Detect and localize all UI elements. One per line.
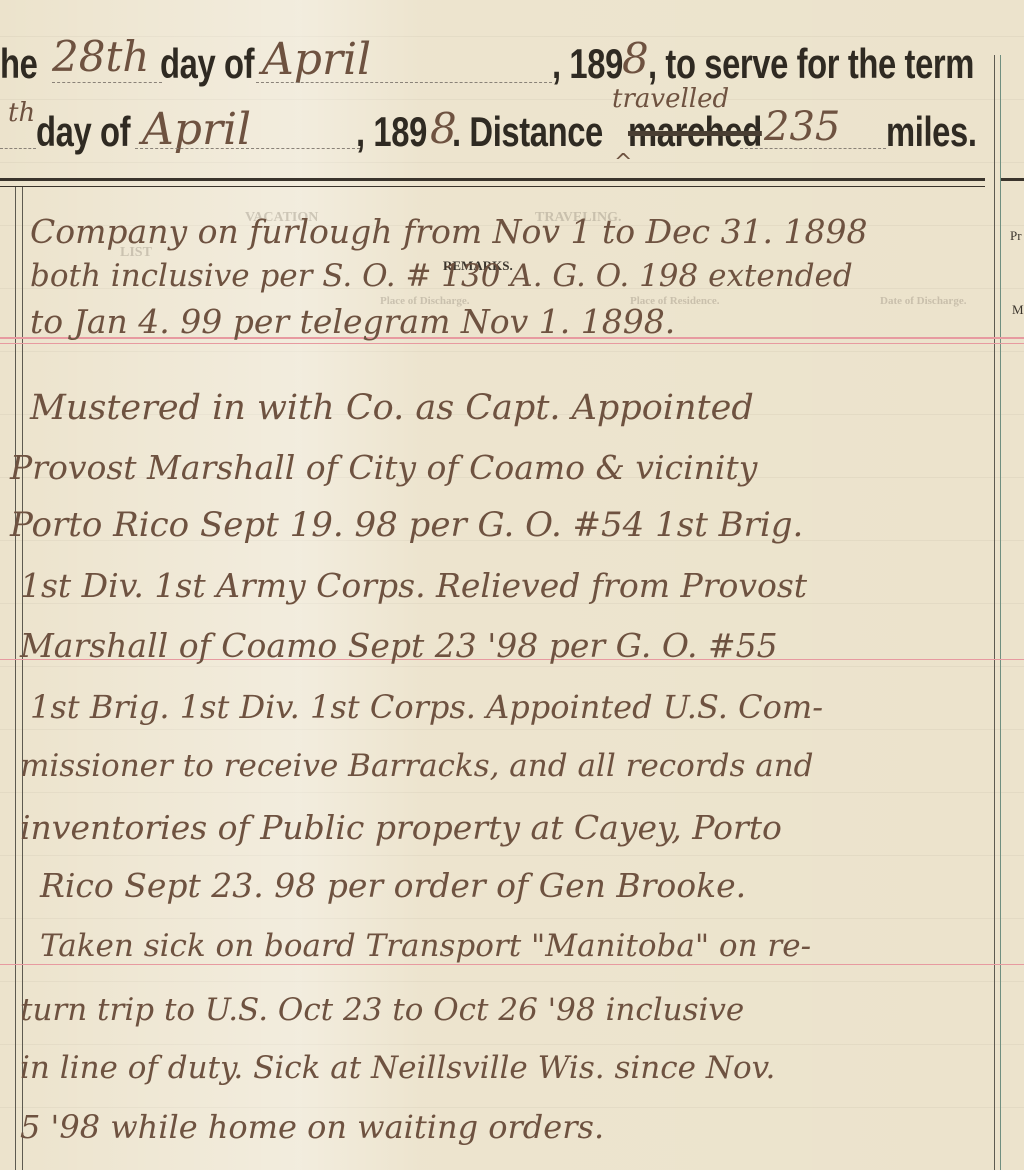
remark-line-8: Marshall of Coamo Sept 23 '98 per G. O. … <box>20 626 778 665</box>
remark-line-4: Mustered in with Co. as Capt. Appointed <box>30 388 754 428</box>
insert-caret-icon: ^ <box>614 150 632 175</box>
right-margin-pr: Pr <box>1010 228 1022 244</box>
month-blank-1 <box>256 82 552 83</box>
remark-line-6: Porto Rico Sept 19. 98 per G. O. #54 1st… <box>10 505 803 545</box>
header-rule <box>0 178 985 181</box>
day-blank-1 <box>52 82 162 83</box>
day-value-1: 28th <box>52 32 149 81</box>
remark-line-10: missioner to receive Barracks, and all r… <box>20 748 814 784</box>
remark-line-13: Taken sick on board Transport "Manitoba"… <box>40 928 811 964</box>
remark-line-1: Company on furlough from Nov 1 to Dec 31… <box>30 212 868 251</box>
faint-header-date: Date of Discharge. <box>880 295 966 307</box>
remark-line-2: both inclusive per S. O. # 130 A. G. O. … <box>30 258 853 294</box>
year-digit-1: 8 <box>622 34 649 83</box>
remark-line-9: 1st Brig. 1st Div. 1st Corps. Appointed … <box>30 688 823 726</box>
year-prefix-2: , 189 <box>356 108 427 156</box>
month-blank-2 <box>135 148 360 149</box>
remark-line-15: in line of duty. Sick at Neillsville Wis… <box>20 1050 775 1086</box>
muster-roll-page: he 28th day of April , 189 8 , to serve … <box>0 0 1024 1170</box>
year-prefix-1: , 189 <box>552 40 623 88</box>
day-of-2: day of <box>36 108 130 156</box>
right-frame-line-green <box>1000 55 1001 1170</box>
left-frame-line <box>15 187 16 1170</box>
distance-label: . Distance <box>452 108 603 156</box>
month-value-1: April <box>262 34 371 85</box>
distance-blank <box>740 148 886 149</box>
remark-line-3: to Jan 4. 99 per telegram Nov 1. 1898. <box>30 302 675 341</box>
remark-line-5: Provost Marshall of City of Coamo & vici… <box>10 448 757 487</box>
header-rule-right <box>1000 178 1024 181</box>
right-margin-m: M <box>1012 302 1024 318</box>
printed-prefix: he <box>0 40 37 87</box>
right-frame-line <box>994 55 995 1170</box>
day-of-1: day of <box>160 40 254 88</box>
header-line-1: he <box>0 40 37 88</box>
remark-line-16: 5 '98 while home on waiting orders. <box>20 1108 604 1146</box>
day-value-2: th <box>8 98 35 128</box>
distance-value: 235 <box>764 104 840 150</box>
remark-line-14: turn trip to U.S. Oct 23 to Oct 26 '98 i… <box>20 992 744 1028</box>
miles-label: miles. <box>886 108 977 156</box>
inserted-travelled: travelled <box>612 84 729 114</box>
header-rule-thin <box>0 186 985 187</box>
day-blank-2 <box>0 148 36 149</box>
term-text: , to serve for the term <box>648 40 974 88</box>
remark-line-11: inventories of Public property at Cayey,… <box>20 808 782 847</box>
red-rule-3 <box>0 964 1024 965</box>
red-rule-1b <box>0 343 1024 344</box>
remark-line-7: 1st Div. 1st Army Corps. Relieved from P… <box>20 566 807 605</box>
remark-line-12: Rico Sept 23. 98 per order of Gen Brooke… <box>40 866 746 905</box>
